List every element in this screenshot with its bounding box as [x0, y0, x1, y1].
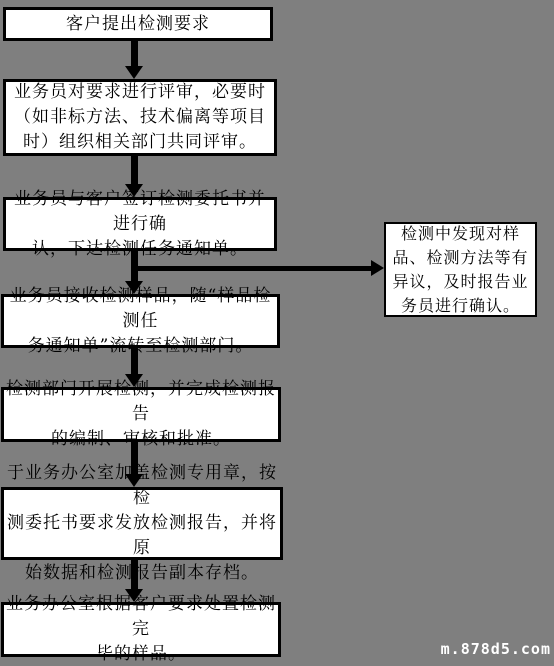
flow-box-text: 客户提出检测要求 — [66, 12, 210, 37]
flow-box-customer-request: 客户提出检测要求 — [3, 7, 273, 41]
flow-box-issue-report: 于业务办公室加盖检测专用章，按检 测委托书要求发放检测报告，并将原 始数据和检测… — [1, 487, 283, 560]
flow-box-sign-commission: 业务员与客户签订检测委托书并进行确 认，下达检测任务通知单。 — [3, 197, 277, 251]
flowchart-canvas: 客户提出检测要求 业务员对要求进行评审，必要时 （如非标方法、技术偏离等项目 时… — [0, 0, 554, 666]
flow-box-text: 业务员接收检测样品，随“样品检测任 务通知单”流转至检测部门。 — [4, 284, 277, 359]
flow-box-text: 业务员对要求进行评审，必要时 （如非标方法、技术偏离等项目 时）组织相关部门共同… — [14, 80, 266, 155]
flow-box-text: 检测中发现对样 品、检测方法等有 异议，及时报告业 务员进行确认。 — [392, 222, 528, 318]
flow-box-requirement-review: 业务员对要求进行评审，必要时 （如非标方法、技术偏离等项目 时）组织相关部门共同… — [3, 79, 277, 156]
flow-box-perform-testing: 检测部门开展检测，并完成检测报告 的编制、审核和批准。 — [1, 387, 281, 442]
watermark: m.878d5.com — [441, 640, 551, 658]
flow-box-receive-samples: 业务员接收检测样品，随“样品检测任 务通知单”流转至检测部门。 — [1, 294, 280, 348]
flow-box-objection-note: 检测中发现对样 品、检测方法等有 异议，及时报告业 务员进行确认。 — [384, 222, 537, 317]
flow-box-text: 业务员与客户签订检测委托书并进行确 认，下达检测任务通知单。 — [6, 187, 274, 262]
flow-box-dispose-samples: 业务办公室根据客户要求处置检测完 毕的样品。 — [1, 602, 281, 657]
flow-box-text: 业务办公室根据客户要求处置检测完 毕的样品。 — [4, 592, 278, 666]
flow-box-text: 检测部门开展检测，并完成检测报告 的编制、审核和批准。 — [4, 377, 278, 452]
